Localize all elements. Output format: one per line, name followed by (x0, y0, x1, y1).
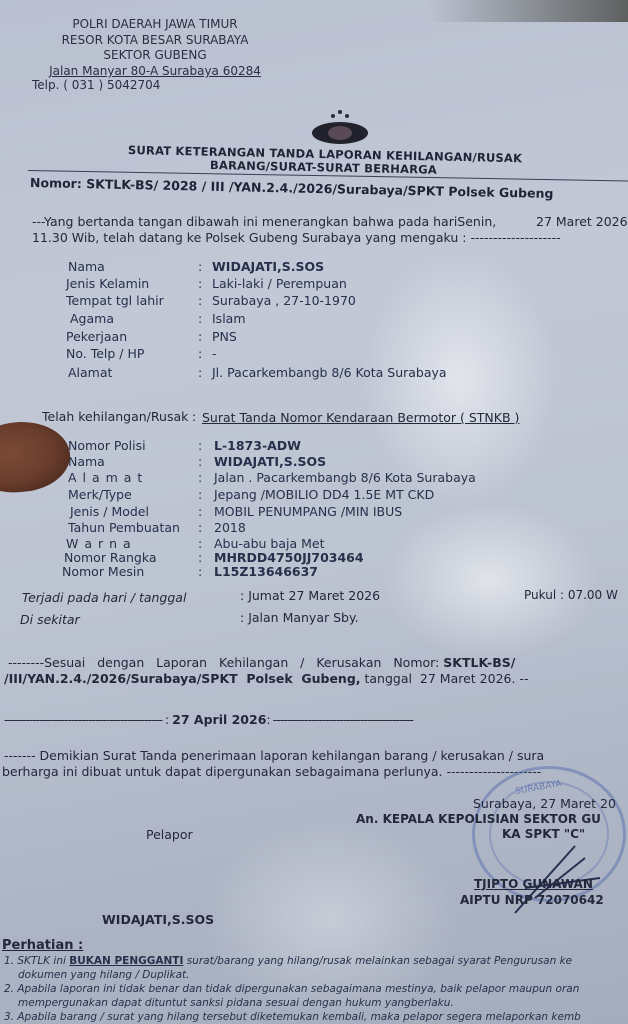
note-item: 3. Apabila barang / surat yang hilang te… (4, 1010, 581, 1024)
header-phone: Telp. ( 031 ) 5042704 (32, 78, 160, 92)
reference-line-2: /III/YAN.2.4./2026/Surabaya/SPKT Polsek … (4, 671, 528, 686)
validity-dashes-right: : --------------------------------------… (266, 712, 413, 727)
reference-number-cont: /III/YAN.2.4./2026/Surabaya/SPKT Polsek … (4, 671, 361, 686)
field-label: Nomor Polisi (68, 437, 146, 454)
field-colon: : (198, 364, 202, 381)
field-label: Agama (70, 310, 114, 327)
vehicle-field-row: A l a m a t:Jalan . Pacarkembangb 8/6 Ko… (68, 469, 143, 486)
field-value: L15Z13646637 (214, 563, 318, 580)
note-text: SKTLK ini (17, 955, 69, 967)
incident-day-text: Jumat 27 Maret 2026 (248, 588, 380, 603)
validity-line: ----------------------------------------… (4, 712, 413, 727)
validity-date: 27 April 2026 (172, 712, 266, 727)
vehicle-field-row: Tahun Pembuatan:2018 (68, 519, 180, 536)
reporter-field-row: Agama:Islam (70, 310, 114, 327)
reporter-field-row: Alamat:Jl. Pacarkembangb 8/6 Kota Suraba… (68, 364, 112, 381)
intro-date: 27 Maret 20261 (536, 214, 628, 229)
field-colon: : (198, 310, 202, 327)
note-item: 1. SKTLK ini BUKAN PENGGANTI surat/baran… (4, 954, 572, 968)
signature-office: An. KEPALA KEPOLISIAN SEKTOR GU (356, 812, 601, 826)
note-number: 2. (4, 983, 17, 995)
incident-day-value: : Jumat 27 Maret 2026 (240, 588, 380, 603)
reporter-field-row: Tempat tgl lahir:Surabaya , 27-10-1970 (66, 292, 164, 309)
reporter-signature-label: Pelapor (146, 827, 193, 842)
reference-date: tanggal 27 Maret 2026. -- (361, 671, 529, 686)
header-line-2: RESOR KOTA BESAR SURABAYA (30, 32, 280, 48)
field-colon: : (198, 345, 202, 362)
field-colon: : (198, 328, 202, 345)
field-value: L-1873-ADW (214, 437, 301, 454)
field-label: Merk/Type (68, 486, 132, 503)
intro-line-1: ---Yang bertanda tangan dibawah ini mene… (32, 214, 496, 229)
note-item-cont: mempergunakan dapat dituntut sanksi pida… (18, 996, 454, 1010)
reporter-signature-name: WIDAJATI,S.SOS (102, 912, 214, 927)
vehicle-field-row: Nama:WIDAJATI,S.SOS (68, 453, 105, 470)
vehicle-field-row: Merk/Type:Jepang /MOBILIO DD4 1.5E MT CK… (68, 486, 132, 503)
incident-place-label: Di sekitar (20, 612, 80, 627)
field-label: Jenis / Model (70, 503, 149, 520)
note-emphasis: BUKAN PENGGANTI (69, 955, 183, 967)
document-number: Nomor: SKTLK-BS/ 2028 / III /YAN.2.4./20… (30, 175, 554, 201)
field-value: WIDAJATI,S.SOS (212, 258, 324, 275)
validity-dashes-left: ----------------------------------------… (4, 712, 168, 727)
lost-item-colon: : (192, 409, 196, 424)
field-colon: : (198, 503, 202, 520)
header-address: Jalan Manyar 80-A Surabaya 60284 (30, 63, 280, 79)
lost-item-label: Telah kehilangan/Rusak (42, 409, 188, 424)
field-label: Tahun Pembuatan (68, 519, 180, 536)
field-colon: : (198, 563, 202, 580)
field-colon: : (198, 292, 202, 309)
note-text: Apabila barang / surat yang hilang terse… (17, 1011, 581, 1023)
field-value: Surabaya , 27-10-1970 (212, 292, 356, 309)
intro-line-2: 11.30 Wib, telah datang ke Polsek Gubeng… (32, 230, 561, 245)
incident-time: Pukul : 07.00 W (524, 588, 618, 602)
note-item: 2. Apabila laporan ini tidak benar dan t… (4, 982, 579, 996)
signature-position: KA SPKT "C" (502, 827, 585, 841)
reporter-field-row: No. Telp / HP:- (66, 345, 144, 362)
field-value: Jl. Pacarkembangb 8/6 Kota Surabaya (212, 364, 447, 381)
lost-item-value: Surat Tanda Nomor Kendaraan Bermotor ( S… (202, 410, 519, 425)
note-number: 1. (4, 955, 17, 967)
photo-background-edge (428, 0, 628, 22)
field-colon: : (198, 437, 202, 454)
field-colon: : (198, 519, 202, 536)
field-colon: : (198, 453, 202, 470)
field-value: PNS (212, 328, 237, 345)
closing-line-2: berharga ini dibuat untuk dapat dipergun… (2, 764, 541, 779)
field-label: Nama (68, 258, 105, 275)
vehicle-field-row: Nomor Mesin:L15Z13646637 (62, 563, 144, 580)
field-label: Nama (68, 453, 105, 470)
reference-line-1: --------Sesuai dengan Laporan Kehilangan… (8, 655, 515, 670)
signature-place-date: Surabaya, 27 Maret 20 (473, 796, 616, 811)
light-glare (380, 500, 600, 660)
polri-emblem-icon (300, 106, 380, 146)
field-label: A l a m a t (68, 469, 143, 486)
note-text: surat/barang yang hilang/rusak melainkan… (183, 955, 572, 967)
incident-day-label: Terjadi pada hari / tanggal (22, 590, 186, 605)
field-colon: : (198, 258, 202, 275)
finger-in-photo (0, 417, 73, 497)
field-colon: : (198, 275, 202, 292)
reporter-field-row: Pekerjaan:PNS (66, 328, 127, 345)
vehicle-field-row: Jenis / Model:MOBIL PENUMPANG /MIN IBUS (70, 503, 149, 520)
field-colon: : (198, 486, 202, 503)
note-number: 3. (4, 1011, 17, 1023)
field-label: Pekerjaan (66, 328, 127, 345)
reference-text: --------Sesuai dengan Laporan Kehilangan… (8, 655, 439, 670)
vehicle-field-row: Nomor Polisi:L-1873-ADW (68, 437, 146, 454)
reporter-field-row: Jenis Kelamin:Laki-laki / Perempuan (66, 275, 149, 292)
incident-place-value: : Jalan Manyar Sby. (240, 610, 359, 625)
header-line-3: SEKTOR GUBENG (30, 47, 280, 63)
field-value: Jalan . Pacarkembangb 8/6 Kota Surabaya (214, 469, 476, 486)
field-label: Alamat (68, 364, 112, 381)
field-colon: : (198, 469, 202, 486)
field-value: WIDAJATI,S.SOS (214, 453, 326, 470)
field-value: Laki-laki / Perempuan (212, 275, 347, 292)
field-label: Tempat tgl lahir (66, 292, 164, 309)
reference-number: SKTLK-BS/ (443, 655, 515, 670)
closing-line-1: ------- Demikian Surat Tanda penerimaan … (4, 748, 544, 763)
field-label: Nomor Mesin (62, 563, 144, 580)
officer-rank: AIPTU NRP 72070642 (460, 893, 604, 907)
field-value: 2018 (214, 519, 246, 536)
incident-place-text: Jalan Manyar Sby. (248, 610, 358, 625)
reporter-field-row: Nama:WIDAJATI,S.SOS (68, 258, 105, 275)
header-line-1: POLRI DAERAH JAWA TIMUR (30, 16, 280, 32)
field-value: Jepang /MOBILIO DD4 1.5E MT CKD (214, 486, 434, 503)
field-label: No. Telp / HP (66, 345, 144, 362)
note-item-cont: dokumen yang hilang / Duplikat. (18, 968, 189, 982)
field-value: MOBIL PENUMPANG /MIN IBUS (214, 503, 402, 520)
note-text: Apabila laporan ini tidak benar dan tida… (17, 983, 579, 995)
field-value: Islam (212, 310, 246, 327)
notes-heading: Perhatian : (2, 938, 83, 953)
field-label: Jenis Kelamin (66, 275, 149, 292)
field-value: - (212, 345, 217, 362)
officer-name: TJIPTO GUNAWAN (474, 877, 593, 891)
